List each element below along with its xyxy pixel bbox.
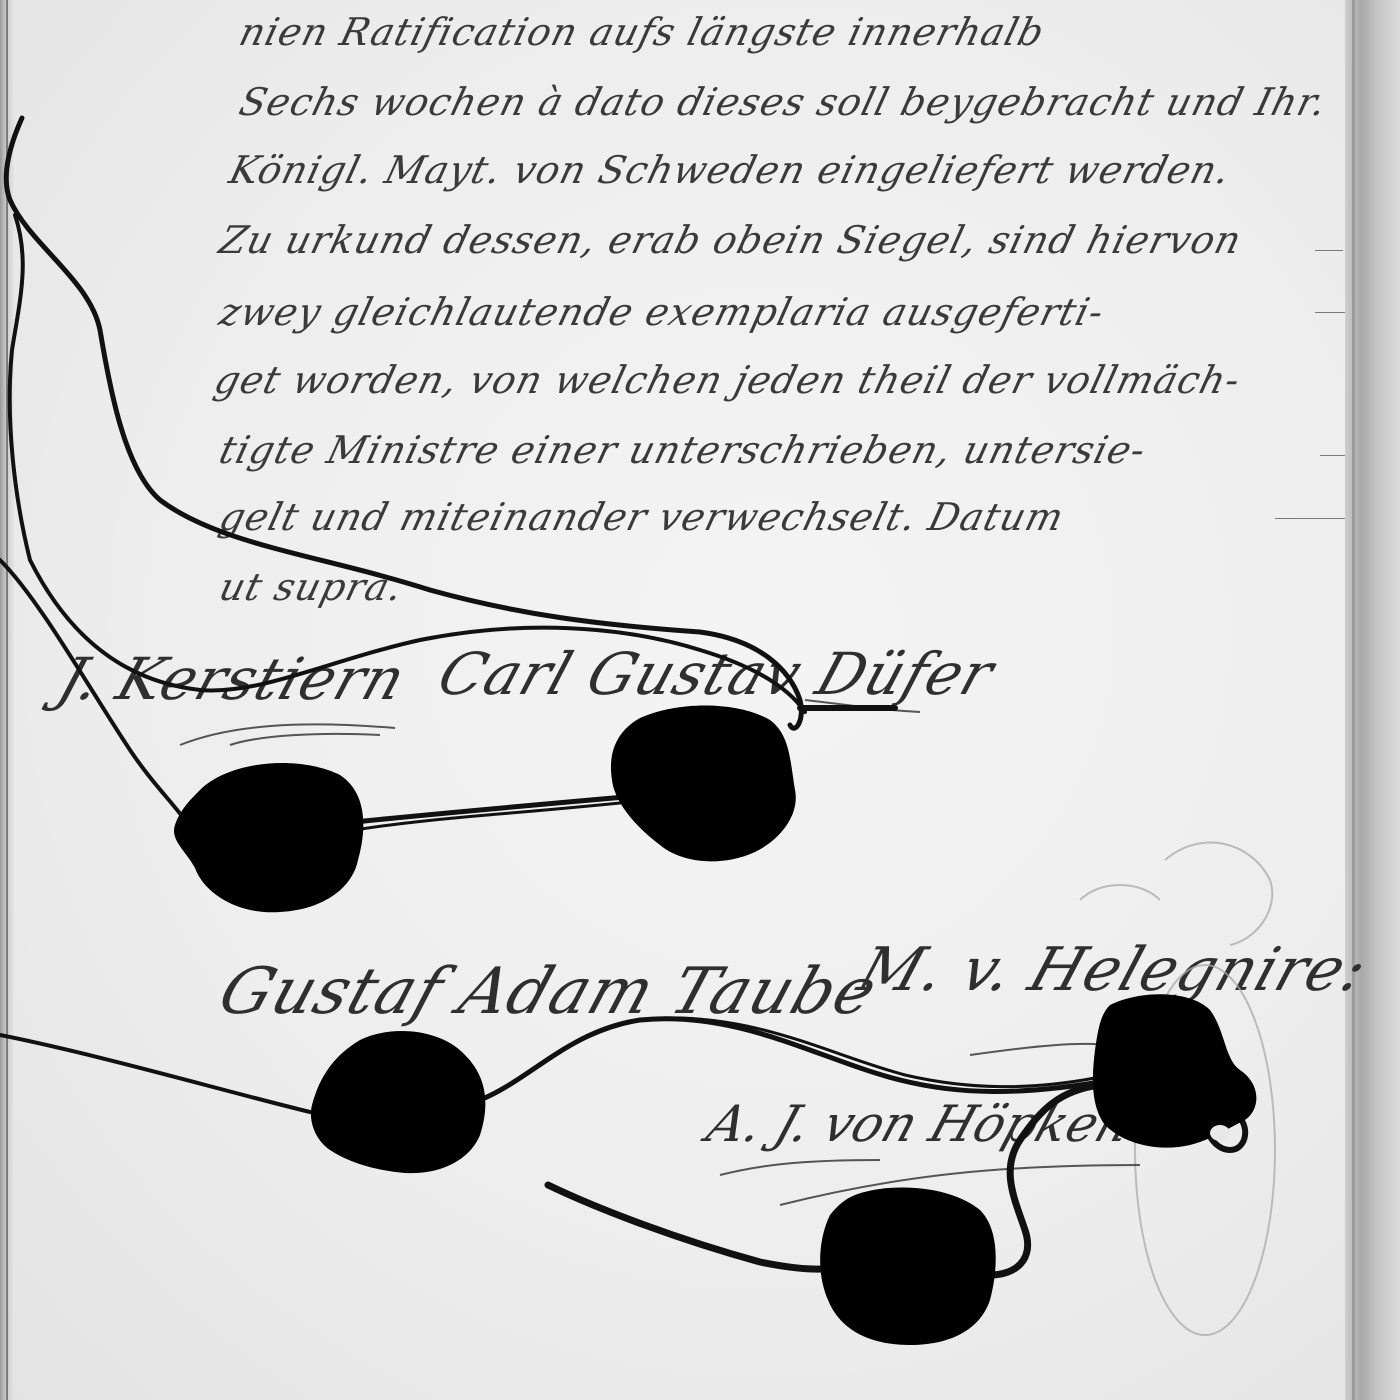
document-scan: nien Ratification aufs längste innerhalb…	[0, 0, 1400, 1400]
seal-1	[174, 763, 363, 912]
page-left-rule	[6, 0, 8, 1400]
body-line: Sechs wochen à dato dieses soll beygebra…	[235, 80, 1332, 124]
seal-3	[311, 1031, 485, 1173]
signature-2: Carl Gustav Düfer	[430, 640, 1003, 708]
seal-2	[611, 705, 796, 861]
signature-3: Gustaf Adam Taube	[210, 955, 886, 1029]
signature-5: A. J. von Höpken	[700, 1095, 1139, 1153]
body-line: zwey gleichlautende exemplaria ausgefert…	[215, 290, 1109, 334]
body-line: tigte Ministre einer unterschrieben, unt…	[215, 428, 1151, 472]
signature-4: M. v. Helegnire:	[850, 935, 1376, 1005]
faint-seal-impression	[1080, 843, 1275, 1335]
body-line: get worden, von welchen jeden theil der …	[210, 358, 1245, 402]
line-end-dash	[1275, 518, 1345, 519]
line-end-dash	[1315, 250, 1343, 251]
body-line: ut supra.	[215, 565, 408, 609]
body-line: Zu urkund dessen, erab obein Siegel, sin…	[215, 218, 1246, 262]
page-right-rule	[1352, 0, 1355, 1400]
body-line: gelt und miteinander verwechselt. Datum	[215, 495, 1069, 539]
line-end-dash	[1320, 455, 1345, 456]
signature-1: J. Kerstiern	[50, 645, 415, 713]
seal-5	[820, 1187, 996, 1345]
line-end-dash	[1315, 312, 1345, 313]
body-line: nien Ratification aufs längste innerhalb	[235, 10, 1049, 54]
body-line: Königl. Mayt. von Schweden eingeliefert …	[225, 148, 1235, 192]
